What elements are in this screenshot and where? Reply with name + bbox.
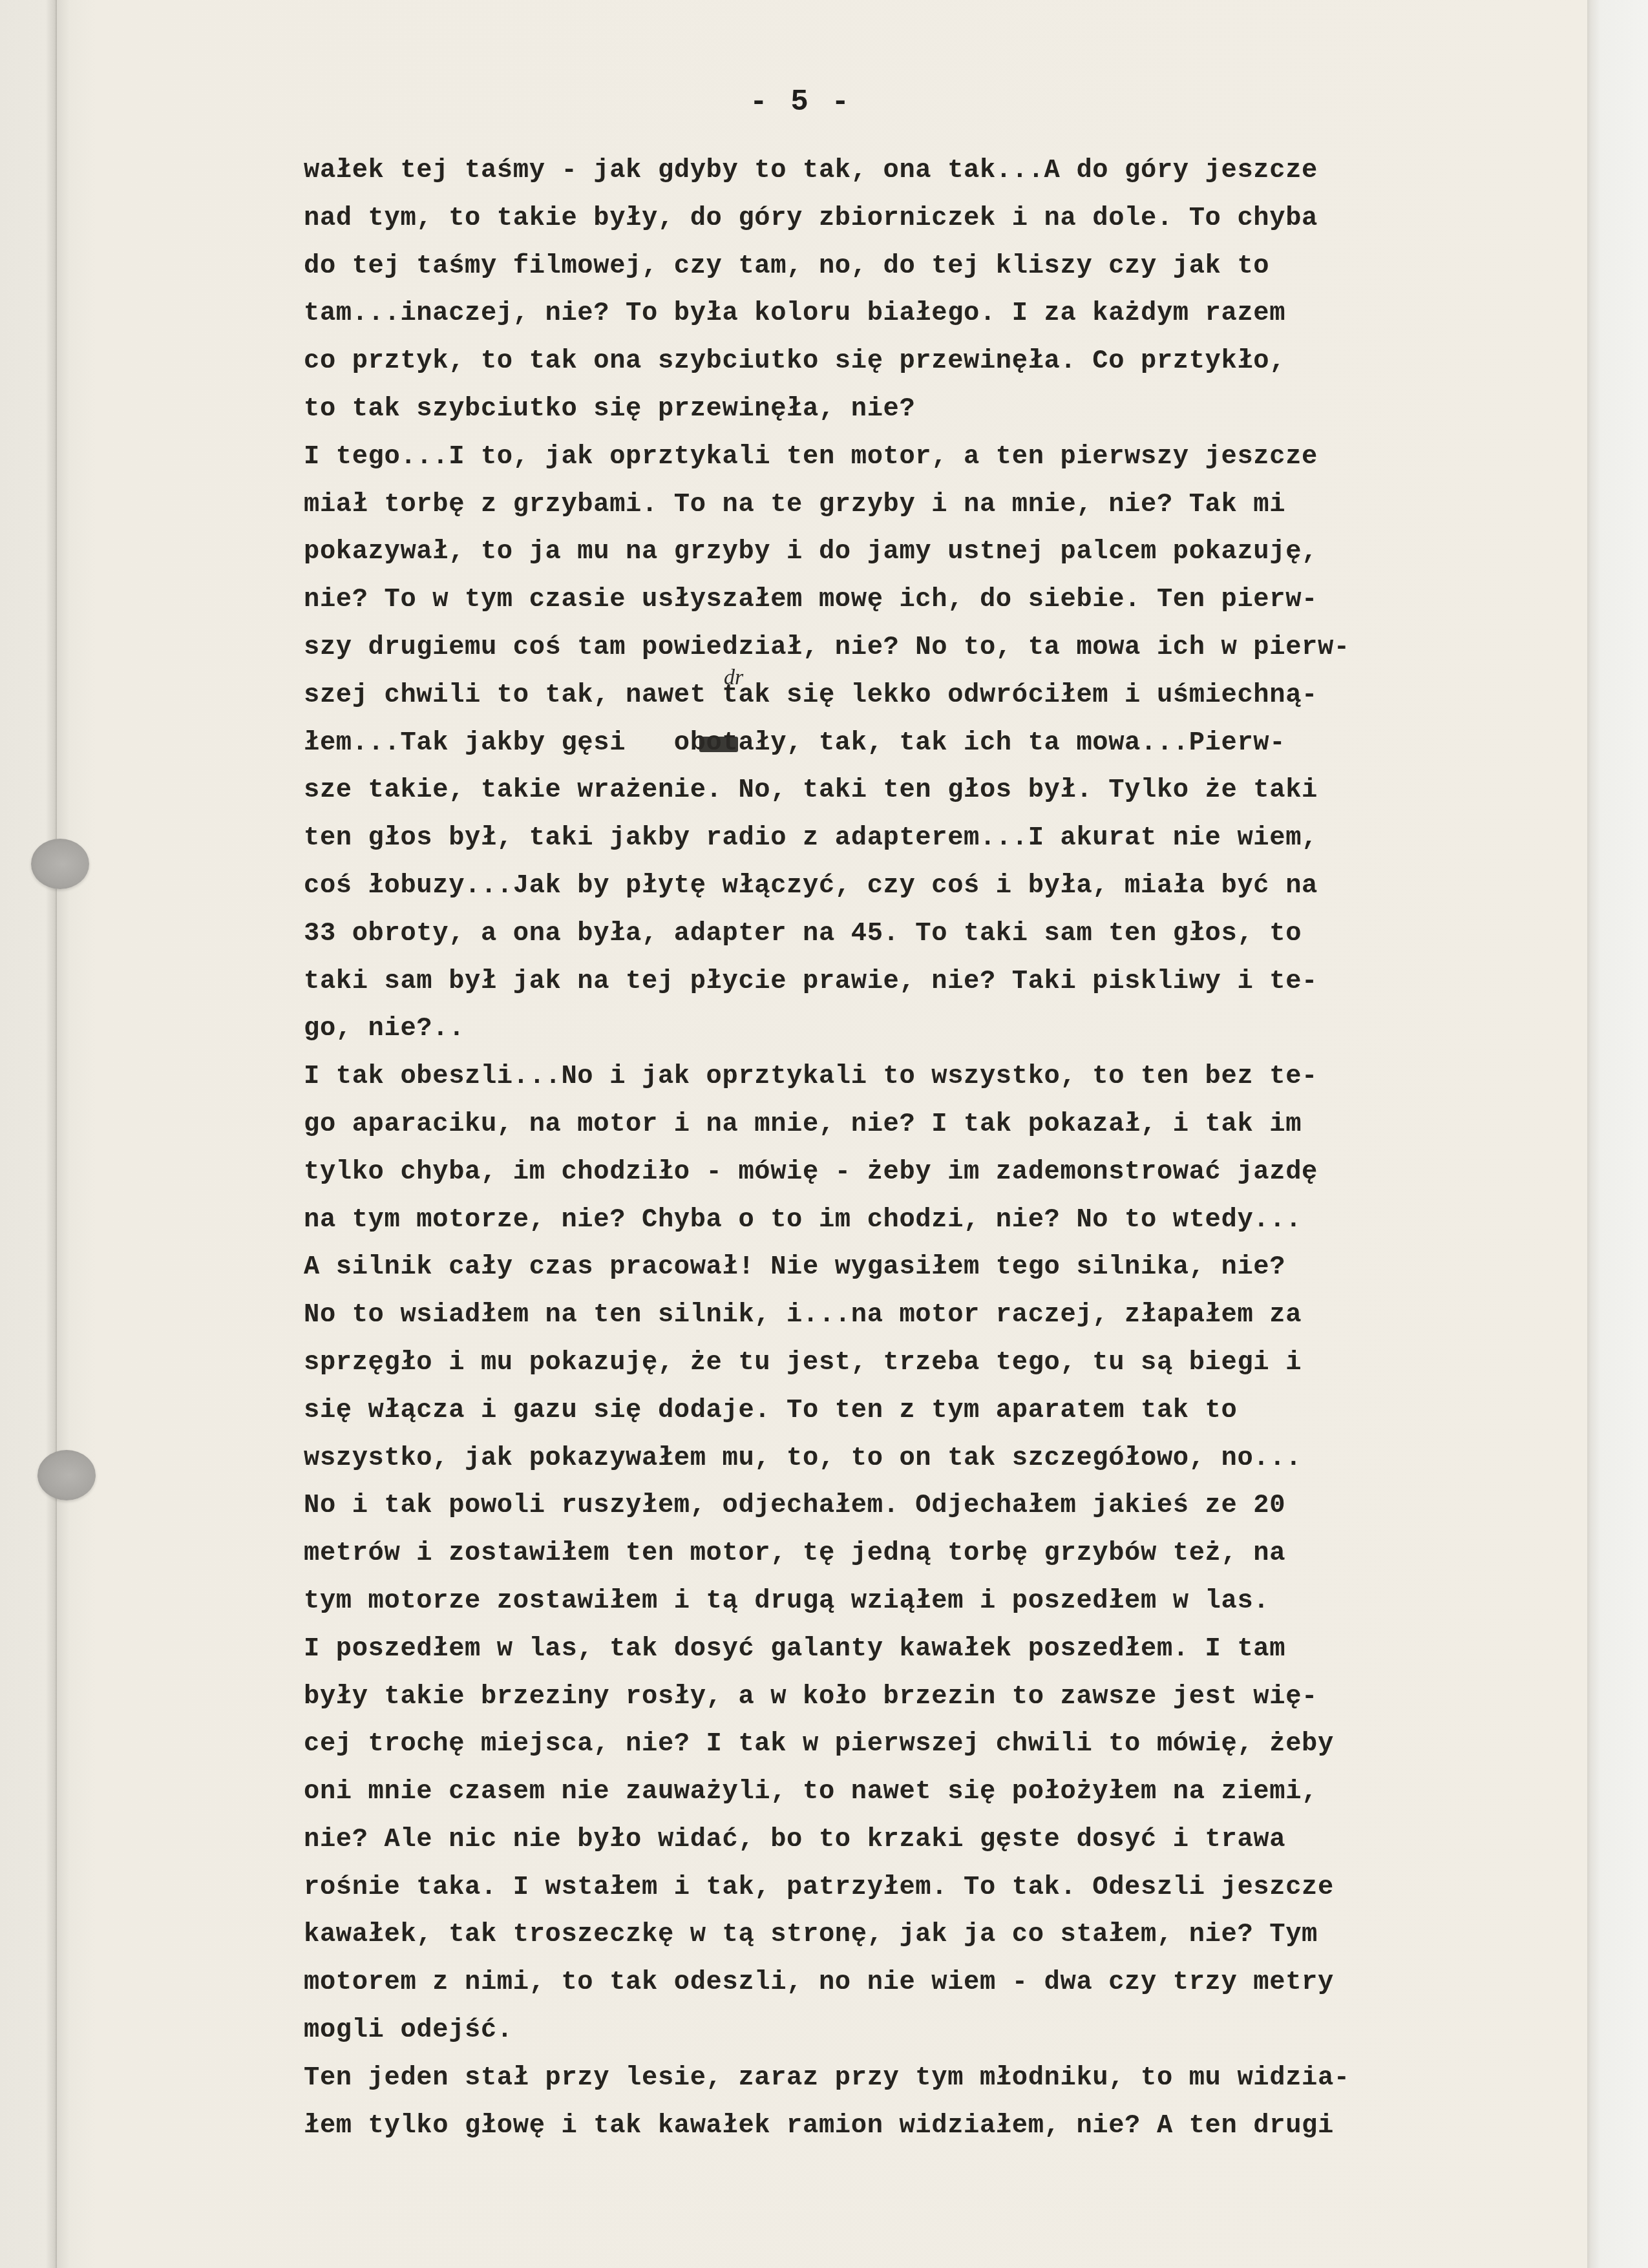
transcript-line: nad tym, to takie były, do góry zbiornic… [304, 195, 1570, 243]
transcript-line: tym motorze zostawiłem i tą drugą wziąłe… [304, 1578, 1570, 1626]
transcript-line: pokazywał, to ja mu na grzyby i do jamy … [304, 529, 1570, 576]
transcript-line: wałek tej taśmy - jak gdyby to tak, ona … [304, 147, 1570, 195]
struck-out-letters [699, 737, 738, 752]
transcript-line: sprzęgło i mu pokazuję, że tu jest, trze… [304, 1339, 1570, 1387]
transcript-line: go aparaciku, na motor i na mnie, nie? I… [304, 1101, 1570, 1149]
binder-hole-icon [31, 839, 89, 889]
transcript-line: miał torbę z grzybami. To na te grzyby i… [304, 481, 1570, 529]
transcript-line: łem tylko głowę i tak kawałek ramion wid… [304, 2103, 1570, 2150]
transcript-line: tylko chyba, im chodziło - mówię - żeby … [304, 1149, 1570, 1197]
transcript-line: I poszedłem w las, tak dosyć galanty kaw… [304, 1626, 1570, 1674]
transcript-line: to tak szybciutko się przewinęła, nie? [304, 386, 1570, 434]
transcript-line: szej chwili to tak, nawet tak się lekko … [304, 672, 1570, 720]
scanned-page: - 5 - wałek tej taśmy - jak gdyby to tak… [0, 0, 1648, 2268]
transcript-line: tam...inaczej, nie? To była koloru białe… [304, 290, 1570, 338]
transcript-line: na tym motorze, nie? Chyba o to im chodz… [304, 1197, 1570, 1244]
transcript-line: rośnie taka. I wstałem i tak, patrzyłem.… [304, 1864, 1570, 1912]
transcript-line: taki sam był jak na tej płycie prawie, n… [304, 958, 1570, 1006]
transcript-line: się włącza i gazu się dodaje. To ten z t… [304, 1387, 1570, 1435]
transcript-line: I tak obeszli...No i jak oprztykali to w… [304, 1053, 1570, 1101]
transcript-line: A silnik cały czas pracował! Nie wygasił… [304, 1244, 1570, 1292]
transcript-line: nie? Ale nic nie było widać, bo to krzak… [304, 1816, 1570, 1864]
transcript-line: sze takie, takie wrażenie. No, taki ten … [304, 767, 1570, 815]
transcript-line: No to wsiadłem na ten silnik, i...na mot… [304, 1292, 1570, 1339]
page-number: - 5 - [750, 85, 852, 119]
transcript-line: go, nie?.. [304, 1005, 1570, 1053]
transcript-line: nie? To w tym czasie usłyszałem mowę ich… [304, 576, 1570, 624]
transcript-line: coś łobuzy...Jak by płytę włączyć, czy c… [304, 863, 1570, 910]
transcript-line: wszystko, jak pokazywałem mu, to, to on … [304, 1435, 1570, 1483]
transcript-line: kawałek, tak troszeczkę w tą stronę, jak… [304, 1911, 1570, 1959]
transcript-line: były takie brzeziny rosły, a w koło brze… [304, 1674, 1570, 1721]
page-right-edge [1587, 0, 1648, 2268]
transcript-line: motorem z nimi, to tak odeszli, no nie w… [304, 1959, 1570, 2007]
transcript-line: łem...Tak jakby gęsi obotały, tak, tak i… [304, 720, 1570, 768]
transcript-line: 33 obroty, a ona była, adapter na 45. To… [304, 910, 1570, 958]
previous-page-edge [0, 0, 57, 2268]
transcript-line: No i tak powoli ruszyłem, odjechałem. Od… [304, 1482, 1570, 1530]
transcript-line: do tej taśmy filmowej, czy tam, no, do t… [304, 243, 1570, 291]
transcript-line: ten głos był, taki jakby radio z adapter… [304, 815, 1570, 863]
transcript-line: co prztyk, to tak ona szybciutko się prz… [304, 338, 1570, 386]
binder-hole-icon [37, 1450, 96, 1500]
transcript-line: oni mnie czasem nie zauważyli, to nawet … [304, 1769, 1570, 1816]
transcript-line: Ten jeden stał przy lesie, zaraz przy ty… [304, 2055, 1570, 2103]
transcript-line: szy drugiemu coś tam powiedział, nie? No… [304, 624, 1570, 672]
transcript-line: cej trochę miejsca, nie? I tak w pierwsz… [304, 1721, 1570, 1769]
transcript-line: mogli odejść. [304, 2007, 1570, 2055]
transcript-line: I tego...I to, jak oprztykali ten motor,… [304, 434, 1570, 481]
transcript-line: metrów i zostawiłem ten motor, tę jedną … [304, 1530, 1570, 1578]
handwritten-correction: dr [724, 666, 743, 690]
typewritten-transcript: wałek tej taśmy - jak gdyby to tak, ona … [304, 147, 1570, 2150]
